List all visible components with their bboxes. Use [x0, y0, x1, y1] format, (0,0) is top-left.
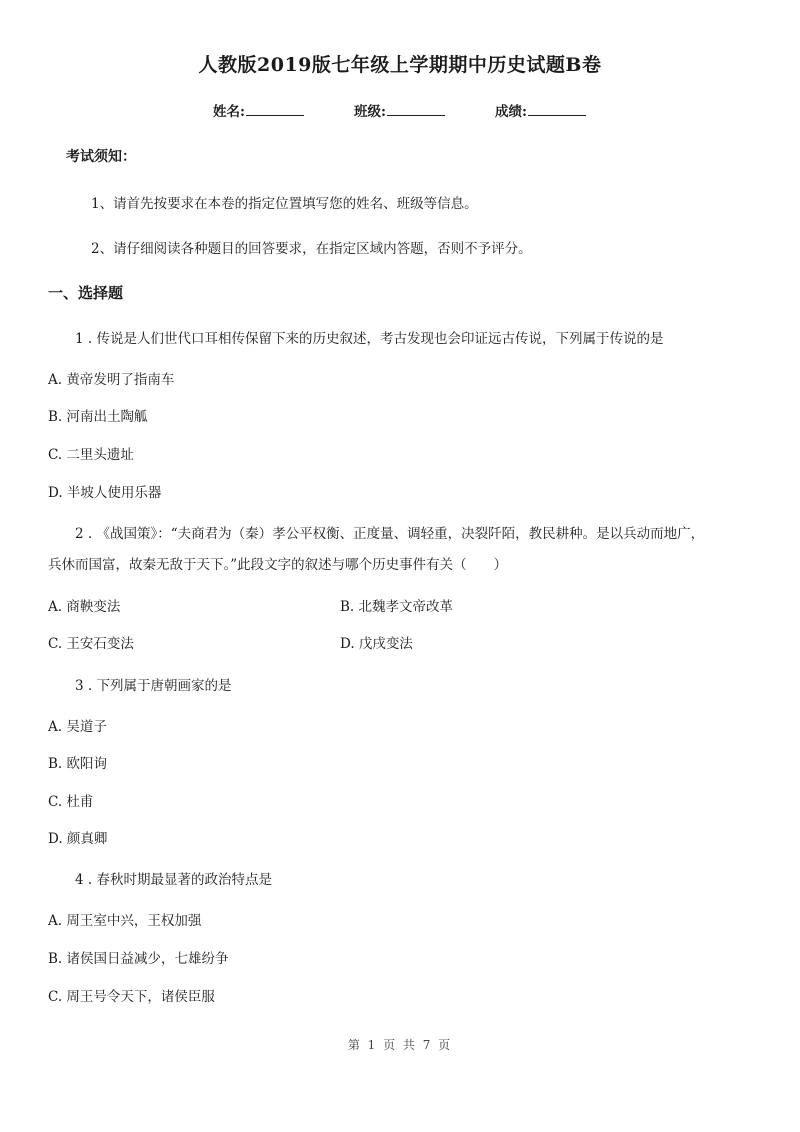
document-title: 人教版2019版七年级上学期期中历史试题B卷 [0, 50, 800, 77]
question-3-stem: 3 . 下列属于唐朝画家的是 [75, 674, 231, 694]
page-footer: 第 1 页 共 7 页 [0, 1036, 800, 1053]
notice-item-1: 1、请首先按要求在本卷的指定位置填写您的姓名、班级等信息。 [91, 192, 478, 212]
name-label: 姓名: [213, 104, 245, 120]
question-number: 4 . [75, 872, 92, 888]
question-text: 下列属于唐朝画家的是 [96, 678, 231, 694]
score-label: 成绩: [495, 104, 527, 120]
question-text: 春秋时期最显著的政治特点是 [96, 872, 272, 888]
question-number: 3 . [75, 678, 92, 694]
question-4-stem: 4 . 春秋时期最显著的政治特点是 [75, 868, 272, 888]
notice-item-2: 2、请仔细阅读各种题目的回答要求，在指定区域内答题，否则不予评分。 [91, 237, 532, 257]
question-4-option-a[interactable]: A. 周王室中兴，王权加强 [48, 909, 201, 929]
score-field[interactable]: 成绩: [495, 100, 586, 120]
notice-heading: 考试须知： [66, 146, 136, 166]
question-2-stem-line2: 兵休而国富，故秦无敌于天下。”此段文字的叙述与哪个历史事件有关（ ） [48, 553, 507, 573]
question-3-option-a[interactable]: A. 吴道子 [48, 715, 107, 735]
question-1-option-c[interactable]: C. 二里头遗址 [48, 443, 134, 463]
question-3-option-b[interactable]: B. 欧阳询 [48, 752, 107, 772]
question-2-option-d[interactable]: D. 戊戌变法 [340, 632, 413, 652]
student-info-row: 姓名: 班级: 成绩: [0, 100, 800, 120]
question-3-option-d[interactable]: D. 颜真卿 [48, 827, 107, 847]
question-1-option-a[interactable]: A. 黄帝发明了指南车 [48, 368, 174, 388]
name-field[interactable]: 姓名: [213, 100, 304, 120]
question-4-option-c[interactable]: C. 周王号令天下，诸侯臣服 [48, 985, 215, 1005]
question-1-option-b[interactable]: B. 河南出土陶觚 [48, 405, 148, 425]
question-number: 1 . [75, 331, 92, 347]
class-blank[interactable] [387, 101, 445, 116]
question-2-stem-line1: 2 . 《战国策》：“夫商君为（秦）孝公平权衡、正度量、调轻重，决裂阡陌，教民耕… [75, 522, 704, 542]
question-2-option-b[interactable]: B. 北魏孝文帝改革 [340, 595, 453, 615]
class-label: 班级: [354, 104, 386, 120]
question-3-option-c[interactable]: C. 杜甫 [48, 790, 93, 810]
question-1-stem: 1 . 传说是人们世代口耳相传保留下来的历史叙述，考古发现也会印证远古传说，下列… [75, 327, 663, 347]
question-1-option-d[interactable]: D. 半坡人使用乐器 [48, 481, 161, 501]
question-2-option-c[interactable]: C. 王安石变法 [48, 632, 134, 652]
name-blank[interactable] [246, 101, 304, 116]
question-number: 2 . [75, 526, 92, 542]
question-text: 传说是人们世代口耳相传保留下来的历史叙述，考古发现也会印证远古传说，下列属于传说… [96, 331, 663, 347]
question-2-option-a[interactable]: A. 商鞅变法 [48, 595, 120, 615]
score-blank[interactable] [528, 101, 586, 116]
class-field[interactable]: 班级: [354, 100, 445, 120]
question-4-option-b[interactable]: B. 诸侯国日益减少，七雄纷争 [48, 947, 229, 967]
section-heading: 一、选择题 [48, 282, 123, 303]
question-text: 《战国策》：“夫商君为（秦）孝公平权衡、正度量、调轻重，决裂阡陌，教民耕种。是以… [96, 526, 704, 542]
